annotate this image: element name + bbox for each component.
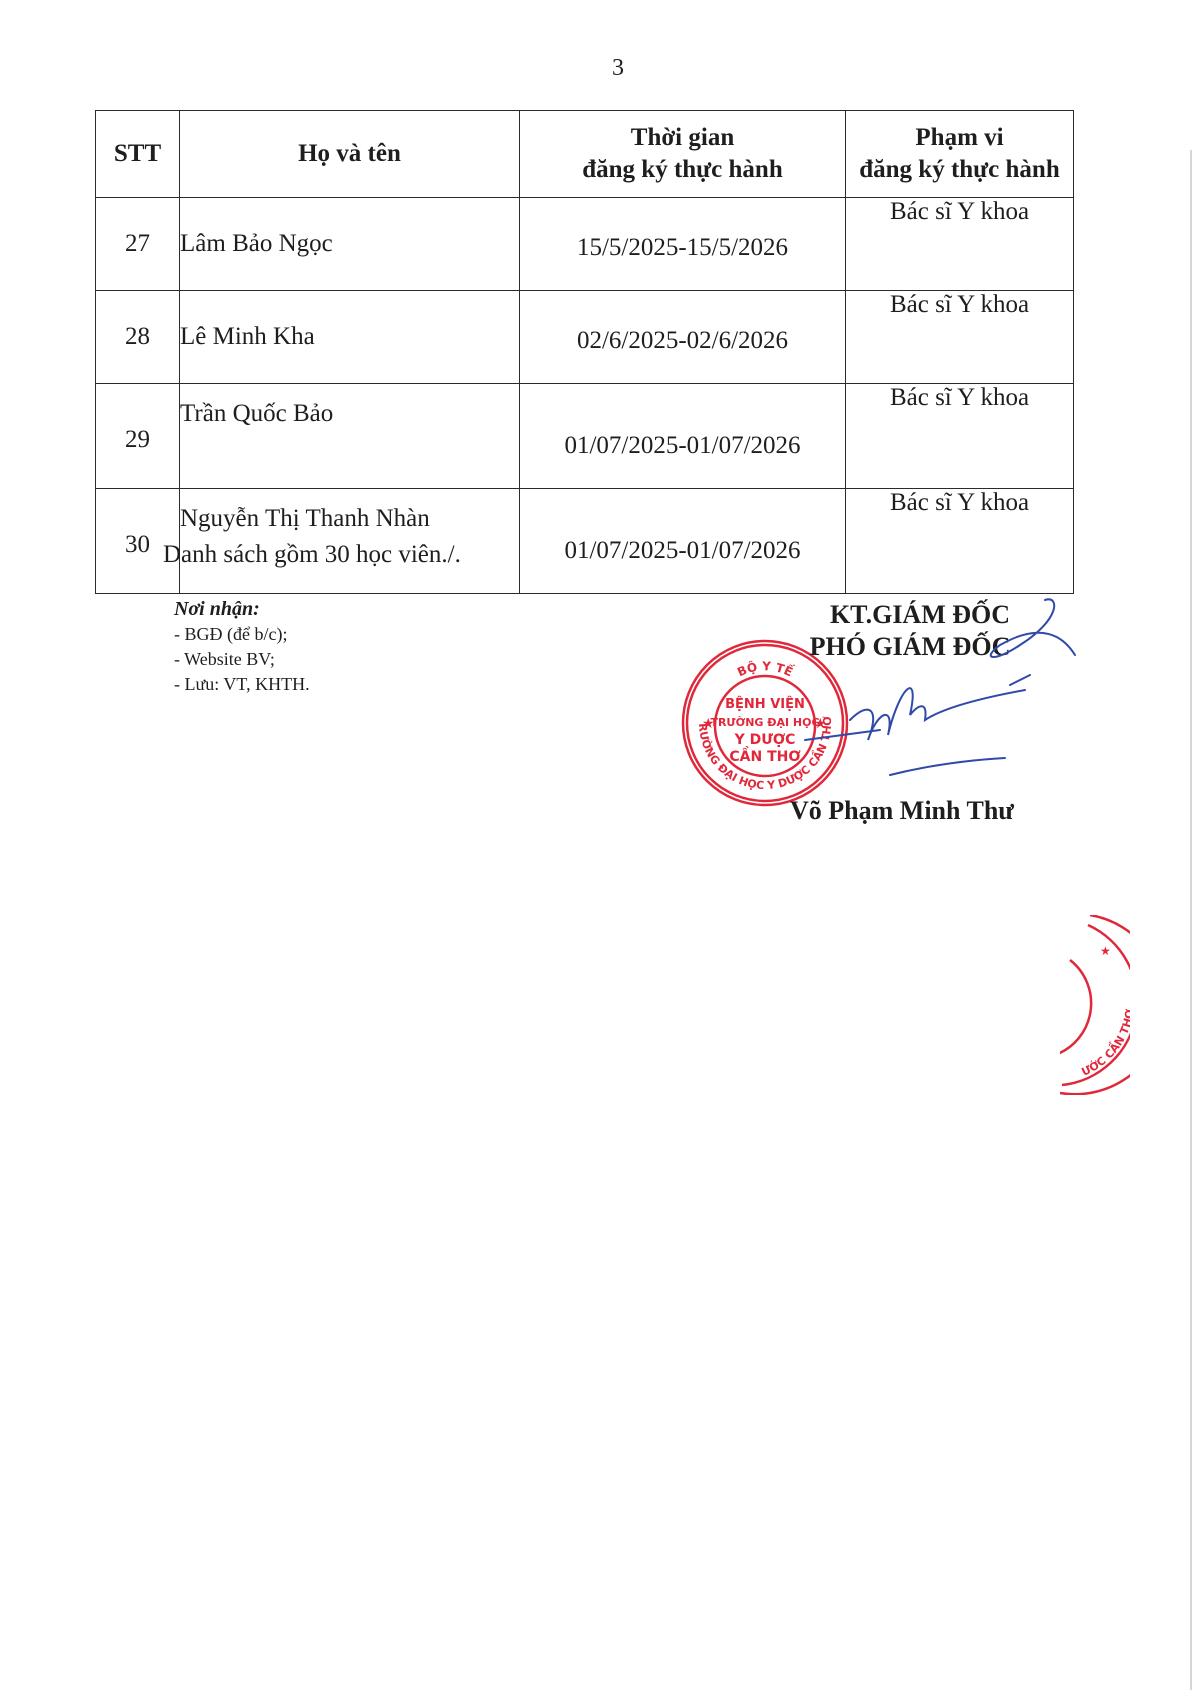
cell-stt: 29 [96,384,180,489]
recipient-item: - Lưu: VT, KHTH. [174,672,310,697]
cell-period: 01/07/2025-01/07/2026 [520,489,846,594]
student-table: STT Họ và tên Thời gian đăng ký thực hàn… [95,110,1074,594]
header-period: Thời gian đăng ký thực hành [520,111,846,198]
header-scope-line1: Phạm vi [846,122,1073,154]
header-scope-line2: đăng ký thực hành [846,154,1073,186]
cell-stt: 27 [96,198,180,291]
page-edge-line [1190,150,1192,1690]
header-period-line1: Thời gian [520,122,845,154]
star-icon: ★ [1100,944,1111,958]
partial-stamp: ƯỚC CẦN THƠ ★ [1060,915,1130,1095]
table-row: 29 Trần Quốc Bảo 01/07/2025-01/07/2026 B… [96,384,1074,489]
cell-name: Lâm Bảo Ngọc [180,198,520,291]
header-period-line2: đăng ký thực hành [520,154,845,186]
cell-name: Lê Minh Kha [180,291,520,384]
header-stt: STT [96,111,180,198]
cell-period: 01/07/2025-01/07/2026 [520,384,846,489]
table-header-row: STT Họ và tên Thời gian đăng ký thực hàn… [96,111,1074,198]
cell-period: 15/5/2025-15/5/2026 [520,198,846,291]
header-name: Họ và tên [180,111,520,198]
recipient-item: - BGĐ (để b/c); [174,622,310,647]
cell-scope: Bác sĩ Y khoa [846,291,1074,384]
recipients-title: Nơi nhận: [174,597,310,622]
cell-stt: 28 [96,291,180,384]
cell-scope: Bác sĩ Y khoa [846,489,1074,594]
recipients-block: Nơi nhận: - BGĐ (để b/c); - Website BV; … [174,597,310,697]
cell-scope: Bác sĩ Y khoa [846,384,1074,489]
table-row: 27 Lâm Bảo Ngọc 15/5/2025-15/5/2026 Bác … [96,198,1074,291]
recipient-item: - Website BV; [174,647,310,672]
handwritten-signature-icon [760,590,1100,790]
page-number: 3 [0,55,1200,82]
header-scope: Phạm vi đăng ký thực hành [846,111,1074,198]
cell-scope: Bác sĩ Y khoa [846,198,1074,291]
star-icon: ★ [702,716,715,732]
summary-text: Danh sách gồm 30 học viên./. [163,541,461,569]
signer-name: Võ Phạm Minh Thư [790,796,1014,826]
cell-name: Trần Quốc Bảo [180,384,520,489]
cell-period: 02/6/2025-02/6/2026 [520,291,846,384]
table-row: 28 Lê Minh Kha 02/6/2025-02/6/2026 Bác s… [96,291,1074,384]
